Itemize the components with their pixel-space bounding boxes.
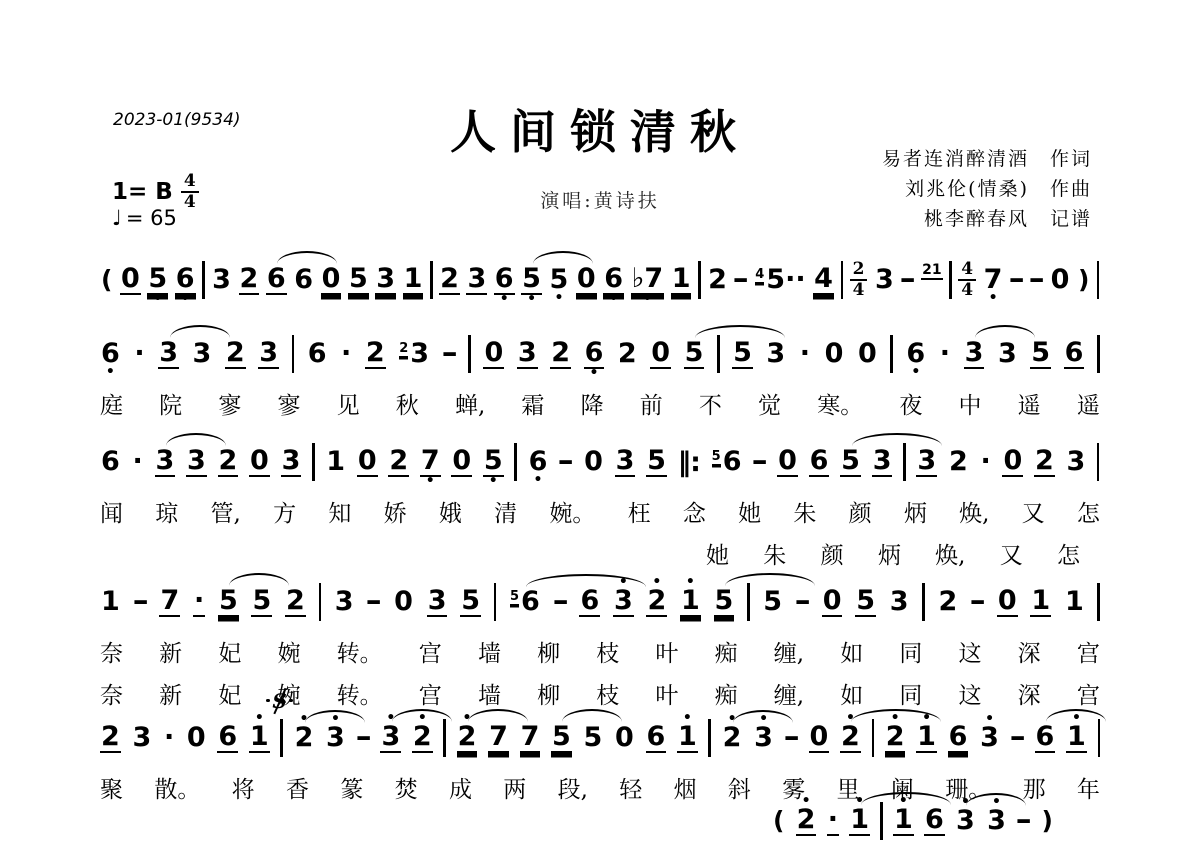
lyric-syllable: 烟 — [674, 771, 697, 804]
octave-spacer — [104, 293, 109, 302]
octave-spacer — [496, 753, 501, 762]
note: 6• — [603, 256, 624, 304]
note: 0 — [822, 578, 843, 626]
note: 2 — [239, 256, 260, 304]
note: 2 — [100, 714, 121, 762]
lyric-syllable: 年 — [1077, 771, 1100, 804]
lyric-syllable: 降 — [581, 387, 604, 420]
bar-line — [312, 443, 315, 481]
note: 2 — [388, 438, 409, 486]
bar-line — [1097, 443, 1100, 481]
lyric-syllable: 寒。 — [817, 387, 863, 420]
lyric-line: 闻琼管,方知娇娥清婉。枉念她朱颜炳焕,又怎 — [100, 495, 1100, 528]
octave-spacer — [388, 753, 393, 762]
note: 3 — [964, 330, 985, 378]
note: 3 — [158, 330, 179, 378]
octave-spacer — [740, 369, 745, 378]
time-signature: 44 — [958, 260, 976, 299]
note: 5 — [551, 714, 572, 762]
note-glyph: - — [130, 588, 150, 616]
octave-spacer — [692, 369, 697, 378]
time-signature-top: 4 — [958, 260, 976, 281]
lyric-syllable: 如 — [840, 635, 863, 668]
note: 23 — [398, 331, 430, 377]
octave-spacer — [830, 836, 835, 845]
note: 0 — [997, 578, 1018, 626]
octave-spacer — [474, 295, 479, 304]
lyric-syllable: 转。 — [337, 677, 383, 710]
bar-line — [1097, 583, 1100, 621]
dash-extension: - — [559, 439, 572, 485]
octave-spacer — [412, 368, 417, 377]
note: •3 — [979, 715, 1000, 761]
octave-spacer — [459, 477, 464, 486]
octave-spacer — [800, 616, 805, 625]
lyric-syllable: 清 — [494, 495, 517, 528]
note-glyph: - — [556, 448, 576, 476]
note-glyph: - — [439, 340, 459, 368]
note: ♭7• — [631, 256, 665, 304]
bar-line — [1097, 335, 1100, 373]
note: •3 — [613, 578, 634, 626]
octave-spacer — [465, 753, 470, 762]
note: 2 — [285, 578, 306, 626]
octave-spacer — [685, 753, 690, 762]
note: 0 — [824, 331, 845, 377]
octave-spacer — [226, 617, 231, 626]
note-glyph: - — [550, 588, 570, 616]
lyric-syllable: 知 — [328, 495, 351, 528]
note: 6 — [217, 714, 238, 762]
octave-spacer — [194, 752, 199, 761]
note: •2 — [646, 578, 667, 626]
octave-spacer — [789, 752, 794, 761]
lyric-syllable: 这 — [959, 635, 982, 668]
octave-spacer — [654, 477, 659, 486]
low-octave-dot: • — [426, 477, 435, 486]
bar-line: S — [280, 719, 283, 757]
lyric-syllable: 柳 — [537, 677, 560, 710]
lyric-syllable: 颜 — [821, 537, 844, 570]
octave-spacer — [219, 294, 224, 303]
low-octave-dot: • — [609, 295, 618, 304]
octave-spacer — [653, 753, 658, 762]
octave-spacer — [802, 368, 807, 377]
bar-line — [841, 261, 844, 299]
octave-spacer — [197, 617, 202, 626]
note: 7 — [520, 714, 541, 762]
octave-spacer — [166, 369, 171, 378]
lyric-syllable: 宫 — [419, 635, 442, 668]
note: 7 — [488, 714, 509, 762]
octave-spacer — [897, 616, 902, 625]
repeat-begin-sign: ‖: — [678, 447, 700, 478]
octave-spacer — [167, 617, 172, 626]
duration-dot: · — [799, 331, 811, 377]
note: 3 — [281, 438, 302, 486]
note: 2 — [948, 439, 969, 485]
time-signature-bottom: 4 — [853, 281, 865, 300]
music-system-2: 6• · 3 3 2 3 6 · 2 23 - 0 3 2 6• 2 0 5 5… — [100, 330, 1100, 420]
dash-extension: - — [357, 715, 370, 761]
note: 0 — [614, 715, 635, 761]
duration-dot: · — [193, 578, 205, 626]
note: 5 — [714, 578, 735, 626]
bar-line — [1098, 719, 1101, 757]
note: 0 — [357, 438, 378, 486]
lyric-syllable: 朱 — [793, 495, 816, 528]
octave-spacer — [365, 477, 370, 486]
note: 6 — [307, 331, 328, 377]
note: •3 — [380, 714, 401, 762]
grace-note: 4 — [755, 267, 764, 283]
octave-spacer — [924, 753, 929, 762]
octave-spacer — [302, 752, 307, 761]
note: 6 — [646, 714, 667, 762]
note: 3 — [1065, 439, 1086, 485]
note: •1 — [849, 797, 870, 845]
lyric-syllable: 如 — [840, 677, 863, 710]
octave-spacer — [1005, 617, 1010, 626]
note: 5• — [147, 256, 168, 304]
dash-extension: - — [1011, 715, 1024, 761]
lyric-syllable: 她 — [738, 495, 761, 528]
duration-dot: · — [827, 797, 839, 845]
note: 3 — [427, 578, 448, 626]
dash-extension: - — [901, 257, 914, 303]
notation-row: 1 - 7 · 5 5 2 3 - 0 3 5 56 - 6 •3 •2 •1 … — [100, 578, 1100, 626]
octave-spacer — [591, 476, 596, 485]
note: 6 — [1035, 714, 1056, 762]
octave-spacer — [770, 616, 775, 625]
note: 6• — [100, 331, 121, 377]
octave-spacer — [623, 477, 628, 486]
note: 6• — [905, 331, 926, 377]
octave-spacer — [447, 295, 452, 304]
tempo-marking: ♩ = 65 — [112, 206, 177, 230]
dash-extension: - — [367, 579, 380, 625]
octave-spacer — [832, 368, 837, 377]
note: 3 — [466, 256, 487, 304]
octave-spacer — [622, 752, 627, 761]
lyric-syllable: 枝 — [596, 635, 619, 668]
lyric-syllable: 遥 — [1077, 387, 1100, 420]
note: 6• — [584, 330, 605, 378]
note: 3 — [872, 438, 893, 486]
lyric-syllable: 妃 — [218, 677, 241, 710]
duration-dot: · — [939, 331, 951, 377]
note-glyph: - — [750, 448, 770, 476]
octave-spacer — [773, 368, 778, 377]
octave-spacer — [468, 617, 473, 626]
lyric-syllable: 又 — [1000, 537, 1023, 570]
octave-spacer — [987, 752, 992, 761]
lyric-syllable: 炳 — [878, 537, 901, 570]
octave-spacer — [906, 294, 911, 303]
note: 6• — [494, 256, 515, 304]
octave-spacer — [266, 369, 271, 378]
lyric-syllable: 遥 — [1018, 387, 1041, 420]
lyric-syllable: 段, — [558, 771, 588, 804]
lyric-syllable: 墙 — [478, 635, 501, 668]
octave-spacer — [401, 616, 406, 625]
octave-spacer — [558, 616, 563, 625]
bar-line — [319, 583, 322, 621]
note: 0 — [583, 439, 604, 485]
lyric-syllable: 婉 — [277, 635, 300, 668]
octave-spacer — [621, 617, 626, 626]
dash-extension: - — [1010, 257, 1023, 303]
lyric-syllable: 寥 — [277, 387, 300, 420]
note: •2 — [840, 714, 861, 762]
note: 6• — [175, 256, 196, 304]
octave-spacer — [1038, 617, 1043, 626]
octave-spacer — [371, 616, 376, 625]
octave-spacer — [584, 295, 589, 304]
octave-spacer — [356, 295, 361, 304]
transcriber-credit: 桃李醉春风 记谱 — [882, 204, 1092, 234]
note: 5 — [251, 578, 272, 626]
dash-extension: - — [734, 257, 747, 303]
low-octave-dot: • — [153, 295, 162, 304]
lyric-syllable: 炳 — [904, 495, 927, 528]
lyric-syllable: 香 — [286, 771, 309, 804]
lyric-syllable: 斜 — [728, 771, 751, 804]
lyric-syllable: 枉 — [628, 495, 651, 528]
low-octave-dot: • — [489, 477, 498, 486]
lyric-syllable: 痴 — [715, 635, 738, 668]
note: 5 — [732, 330, 753, 378]
octave-spacer — [1072, 616, 1077, 625]
note: 2 — [439, 256, 460, 304]
note: 5 — [460, 578, 481, 626]
note: 2 — [937, 579, 958, 625]
bar-line — [202, 261, 205, 299]
note: 3 — [155, 438, 176, 486]
lyric-syllable: 这 — [959, 677, 982, 710]
lyric-syllable: 将 — [232, 771, 255, 804]
lyric-syllable: 两 — [503, 771, 526, 804]
octave-spacer — [1005, 368, 1010, 377]
note: 1 — [100, 579, 121, 625]
octave-spacer — [975, 616, 980, 625]
lyric-syllable: 见 — [337, 387, 360, 420]
octave-spacer — [1038, 369, 1043, 378]
lyric-syllable: 她 — [706, 537, 729, 570]
grace-note: 5 — [712, 449, 721, 465]
lyric-syllable: 不 — [699, 387, 722, 420]
octave-spacer — [373, 369, 378, 378]
quarter-note-icon: ♩ — [112, 206, 122, 230]
low-octave-dot: • — [527, 295, 536, 304]
octave-spacer — [778, 294, 783, 303]
lyric-syllable: 成 — [449, 771, 472, 804]
octave-spacer — [1081, 293, 1086, 302]
note: 0 — [857, 331, 878, 377]
parenthesis: ( — [772, 799, 785, 843]
low-octave-dot: • — [500, 295, 509, 304]
note: 5• — [483, 438, 504, 486]
lyric-syllable: 婉。 — [549, 495, 595, 528]
duration-dot: · — [979, 439, 991, 485]
lyric-syllable: 朱 — [763, 537, 786, 570]
note: 3 — [615, 438, 636, 486]
low-octave-dot: • — [106, 368, 115, 377]
octave-spacer — [654, 617, 659, 626]
lyric-syllable: 秋 — [396, 387, 419, 420]
lyric-syllable: 转。 — [337, 635, 383, 668]
dash-extension: - — [554, 579, 567, 625]
note: •3 — [986, 798, 1007, 844]
notation-row: 2 3 · 0 6 •1 S•2 •3 - •3 •2 •2 7 7 5 5 0… — [100, 714, 1100, 762]
lyric-syllable: 又 — [1022, 495, 1045, 528]
note: 7• — [420, 438, 441, 486]
note: 3 — [131, 715, 152, 761]
lyric-syllable: 散。 — [154, 771, 200, 804]
note: 3 — [375, 256, 396, 304]
note: •3 — [753, 715, 774, 761]
octave-spacer — [816, 753, 821, 762]
credits-block: 易者连消醉清酒 作词 刘兆伦(情桑) 作曲 桃李醉春风 记谱 — [882, 144, 1092, 234]
note-glyph: - — [968, 588, 988, 616]
octave-spacer — [167, 752, 172, 761]
lyric-syllable: 焚 — [395, 771, 418, 804]
lyric-syllable: 柳 — [537, 635, 560, 668]
note: •2 — [294, 715, 315, 761]
octave-spacer — [137, 368, 142, 377]
bar-line — [494, 583, 497, 621]
octave-spacer — [333, 476, 338, 485]
note: 2 — [218, 438, 239, 486]
dash-extension: - — [796, 579, 809, 625]
note: 45·· — [754, 257, 806, 303]
bar-line — [903, 443, 906, 481]
octave-spacer — [1034, 294, 1039, 303]
octave-spacer — [1021, 835, 1026, 844]
note: 0 — [249, 438, 270, 486]
lyric-syllable: 院 — [159, 387, 182, 420]
note: 0 — [650, 330, 671, 378]
octave-spacer — [804, 836, 809, 845]
lyric-syllable: 前 — [640, 387, 663, 420]
note-glyph: 21 — [921, 263, 942, 280]
lyricist-credit: 易者连消醉清酒 作词 — [882, 144, 1092, 174]
octave-spacer — [289, 477, 294, 486]
octave-spacer — [225, 477, 230, 486]
parenthesis: ) — [1041, 799, 1054, 843]
note: 3 — [186, 438, 207, 486]
note: 0 — [120, 256, 141, 304]
note-glyph: - — [1007, 266, 1027, 294]
note: 5 — [583, 715, 604, 761]
octave-spacer — [383, 295, 388, 304]
lyric-syllable: 缠, — [774, 635, 804, 668]
note: 56 — [509, 579, 541, 625]
note: 3 — [765, 331, 786, 377]
lyric-syllable: 奈 — [100, 677, 123, 710]
lyric-syllable: 方 — [273, 495, 296, 528]
notation-row: 6 · 3 3 2 0 3 1 0 2 7• 0 5• 6• - 0 3 5 ‖… — [100, 438, 1100, 486]
octave-spacer — [293, 617, 298, 626]
octave-spacer — [108, 616, 113, 625]
note: 2 — [225, 330, 246, 378]
lyric-syllable: 怎 — [1057, 537, 1080, 570]
octave-spacer — [963, 835, 968, 844]
note: 0 — [576, 256, 597, 304]
bar-line — [292, 335, 295, 373]
octave-spacer — [848, 477, 853, 486]
music-system-1: ( 0 5• 6• 3 2 6 6 0 5 3 1 2 3 6• 5• 5• 0… — [100, 256, 1100, 304]
bar-line — [430, 261, 433, 299]
octave-spacer — [315, 368, 320, 377]
lyric-syllable: 焕, — [935, 537, 965, 570]
octave-spacer — [139, 752, 144, 761]
dash-extension: - — [971, 579, 984, 625]
lyric-syllable: 夜 — [899, 387, 922, 420]
octave-spacer — [1015, 752, 1020, 761]
note: •2 — [722, 715, 743, 761]
octave-spacer — [301, 294, 306, 303]
lyric-line: 奈新妃婉转。宫墙柳枝叶痴缠,如同这深宫 — [100, 677, 1100, 710]
octave-spacer — [447, 368, 452, 377]
octave-spacer — [246, 295, 251, 304]
octave-spacer — [929, 289, 934, 298]
lyric-syllable: 聚 — [100, 771, 123, 804]
octave-spacer — [108, 476, 113, 485]
octave-spacer — [956, 753, 961, 762]
note-glyph: - — [1007, 724, 1027, 752]
music-system-5: 2 3 · 0 6 •1 S•2 •3 - •3 •2 •2 7 7 5 5 0… — [100, 714, 1100, 804]
lyric-syllable: 墙 — [478, 677, 501, 710]
note: 0 — [393, 579, 414, 625]
note-glyph: - — [364, 588, 384, 616]
note: 6 — [579, 578, 600, 626]
lyric-syllable: 蝉, — [455, 387, 485, 420]
octave-spacer — [956, 476, 961, 485]
note: 1 — [325, 439, 346, 485]
octave-spacer — [274, 295, 279, 304]
note: 1 — [403, 256, 424, 304]
note: 2 — [617, 331, 638, 377]
note: 1 — [671, 256, 692, 304]
bar-line — [698, 261, 701, 299]
note: 6 — [293, 257, 314, 303]
note: 3 — [211, 257, 232, 303]
note: 6 — [809, 438, 830, 486]
octave-spacer — [333, 752, 338, 761]
note: 3 — [192, 331, 213, 377]
octave-spacer — [361, 752, 366, 761]
octave-spacer — [924, 477, 929, 486]
time-signature: 24 — [850, 260, 868, 299]
note: 6 — [100, 439, 121, 485]
lyric-syllable: 颜 — [849, 495, 872, 528]
bar-line — [1097, 261, 1100, 299]
grace-note: 2 — [399, 341, 408, 357]
note: 3 — [874, 257, 895, 303]
parenthesis: ) — [1077, 258, 1090, 302]
octave-spacer — [983, 476, 988, 485]
note: 5 — [762, 579, 783, 625]
note: 3 — [889, 579, 910, 625]
octave-spacer — [625, 368, 630, 377]
lyric-syllable: 奈 — [100, 635, 123, 668]
note: 6 — [266, 256, 287, 304]
lyric-syllable: 焕, — [959, 495, 989, 528]
low-octave-dot: • — [534, 476, 543, 485]
octave-spacer — [1073, 476, 1078, 485]
note: 3 — [517, 330, 538, 378]
